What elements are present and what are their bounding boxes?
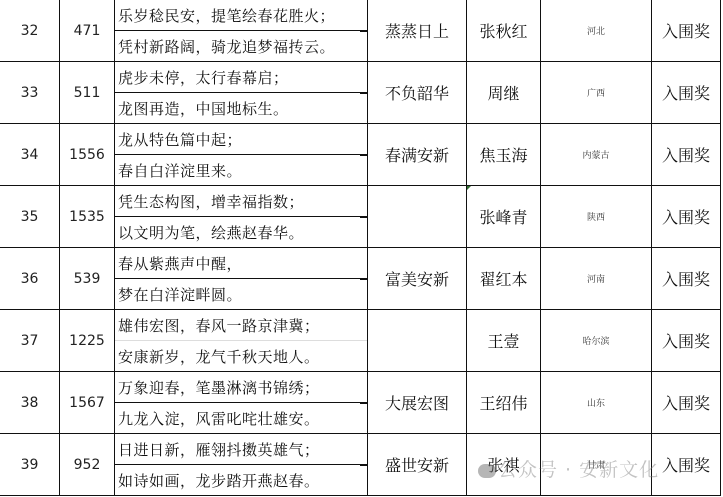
region-cell[interactable]: 内蒙古 [541,124,652,185]
couplet-line-2: 春自白洋淀里来。 [115,155,367,185]
author-cell[interactable]: 张祺 [467,434,541,495]
border-tick [360,93,368,94]
serial-number-cell[interactable]: 34 [0,124,60,185]
title-cell[interactable]: 春满安新 [368,124,467,185]
couplet-cell[interactable]: 龙从特色篇中起； 春自白洋淀里来。 [115,124,368,185]
border-tick [360,465,368,466]
author-cell[interactable]: 王绍伟 [467,372,541,433]
couplet-cell[interactable]: 万象迎春，笔墨淋漓书锦绣； 九龙入淀，风雷叱咤壮雄安。 [115,372,368,433]
border-tick [360,279,368,280]
region-cell[interactable]: 山东 [541,372,652,433]
award-cell[interactable]: 入围奖 [652,62,721,123]
award-cell[interactable]: 入围奖 [652,124,721,185]
award-cell[interactable]: 入围奖 [652,248,721,309]
title-cell[interactable]: 大展宏图 [368,372,467,433]
title-cell[interactable] [368,310,467,371]
serial-number-cell[interactable]: 35 [0,186,60,247]
entry-id-cell[interactable]: 1567 [60,372,115,433]
couplet-cell[interactable]: 虎步未停，太行春幕启； 龙图再造，中国地标生。 [115,62,368,123]
serial-number-cell[interactable]: 39 [0,434,60,495]
region-cell[interactable]: 哈尔滨 [541,310,652,371]
entry-id-cell[interactable]: 511 [60,62,115,123]
author-cell[interactable]: 王壹 [467,310,541,371]
couplet-line-2: 凭村新路阔，骑龙追梦福抟云。 [115,31,367,61]
award-cell[interactable]: 入围奖 [652,372,721,433]
title-cell[interactable]: 盛世安新 [368,434,467,495]
author-cell[interactable]: 翟红本 [467,248,541,309]
border-tick [360,217,368,218]
author-cell[interactable]: 张峰青 [467,186,541,247]
couplet-line-2: 安康新岁，龙气千秋天地人。 [115,341,367,371]
award-cell[interactable]: 入围奖 [652,0,721,61]
entry-id-cell[interactable]: 1556 [60,124,115,185]
couplet-line-2: 如诗如画，龙步踏开燕赵春。 [115,465,367,495]
spreadsheet-table: 32 471 乐岁稔民安，提笔绘春花胜火； 凭村新路阔，骑龙追梦福抟云。 蒸蒸日… [0,0,723,497]
cell-comment-marker-icon [467,186,471,190]
couplet-line-2: 龙图再造，中国地标生。 [115,93,367,123]
border-tick [360,155,368,156]
author-cell[interactable]: 焦玉海 [467,124,541,185]
region-cell[interactable]: 广西 [541,62,652,123]
serial-number-cell[interactable]: 33 [0,62,60,123]
couplet-cell[interactable]: 凭生态构图，增幸福指数； 以文明为笔，绘燕赵春华。 [115,186,368,247]
entry-id-cell[interactable]: 1535 [60,186,115,247]
region-cell[interactable]: 河南 [541,248,652,309]
region-cell[interactable]: 甘肃 [541,434,652,495]
entry-id-cell[interactable]: 952 [60,434,115,495]
couplet-line-1: 雄伟宏图，春风一路京津冀； [115,310,367,341]
author-cell[interactable]: 张秋红 [467,0,541,61]
couplet-cell[interactable]: 乐岁稔民安，提笔绘春花胜火； 凭村新路阔，骑龙追梦福抟云。 [115,0,368,61]
region-cell[interactable]: 陕西 [541,186,652,247]
couplet-line-1: 日进日新，雁翎抖擞英雄气； [115,434,367,465]
couplet-line-2: 梦在白洋淀畔圆。 [115,279,367,309]
table-row: 37 1225 雄伟宏图，春风一路京津冀； 安康新岁，龙气千秋天地人。 王壹 哈… [0,310,721,372]
couplet-cell[interactable]: 雄伟宏图，春风一路京津冀； 安康新岁，龙气千秋天地人。 [115,310,368,371]
border-tick [360,31,368,32]
couplet-line-1: 凭生态构图，增幸福指数； [115,186,367,217]
serial-number-cell[interactable]: 32 [0,0,60,61]
entry-id-cell[interactable]: 539 [60,248,115,309]
award-cell[interactable]: 入围奖 [652,434,721,495]
title-cell[interactable] [368,186,467,247]
couplet-line-1: 春从紫燕声中醒， [115,248,367,279]
region-cell[interactable]: 河北 [541,0,652,61]
entry-id-cell[interactable]: 1225 [60,310,115,371]
title-cell[interactable]: 蒸蒸日上 [368,0,467,61]
serial-number-cell[interactable]: 38 [0,372,60,433]
serial-number-cell[interactable]: 37 [0,310,60,371]
title-cell[interactable]: 富美安新 [368,248,467,309]
couplet-line-1: 虎步未停，太行春幕启； [115,62,367,93]
couplet-cell[interactable]: 春从紫燕声中醒， 梦在白洋淀畔圆。 [115,248,368,309]
entry-id-cell[interactable]: 471 [60,0,115,61]
award-cell[interactable]: 入围奖 [652,310,721,371]
author-cell[interactable]: 周继 [467,62,541,123]
couplet-line-2: 以文明为笔，绘燕赵春华。 [115,217,367,247]
couplet-line-1: 乐岁稔民安，提笔绘春花胜火； [115,0,367,31]
couplet-line-2: 九龙入淀，风雷叱咤壮雄安。 [115,403,367,433]
title-cell[interactable]: 不负韶华 [368,62,467,123]
serial-number-cell[interactable]: 36 [0,248,60,309]
award-cell[interactable]: 入围奖 [652,186,721,247]
couplet-cell[interactable]: 日进日新，雁翎抖擞英雄气； 如诗如画，龙步踏开燕赵春。 [115,434,368,495]
border-tick [360,403,368,404]
couplet-line-1: 龙从特色篇中起； [115,124,367,155]
couplet-line-1: 万象迎春，笔墨淋漓书锦绣； [115,372,367,403]
